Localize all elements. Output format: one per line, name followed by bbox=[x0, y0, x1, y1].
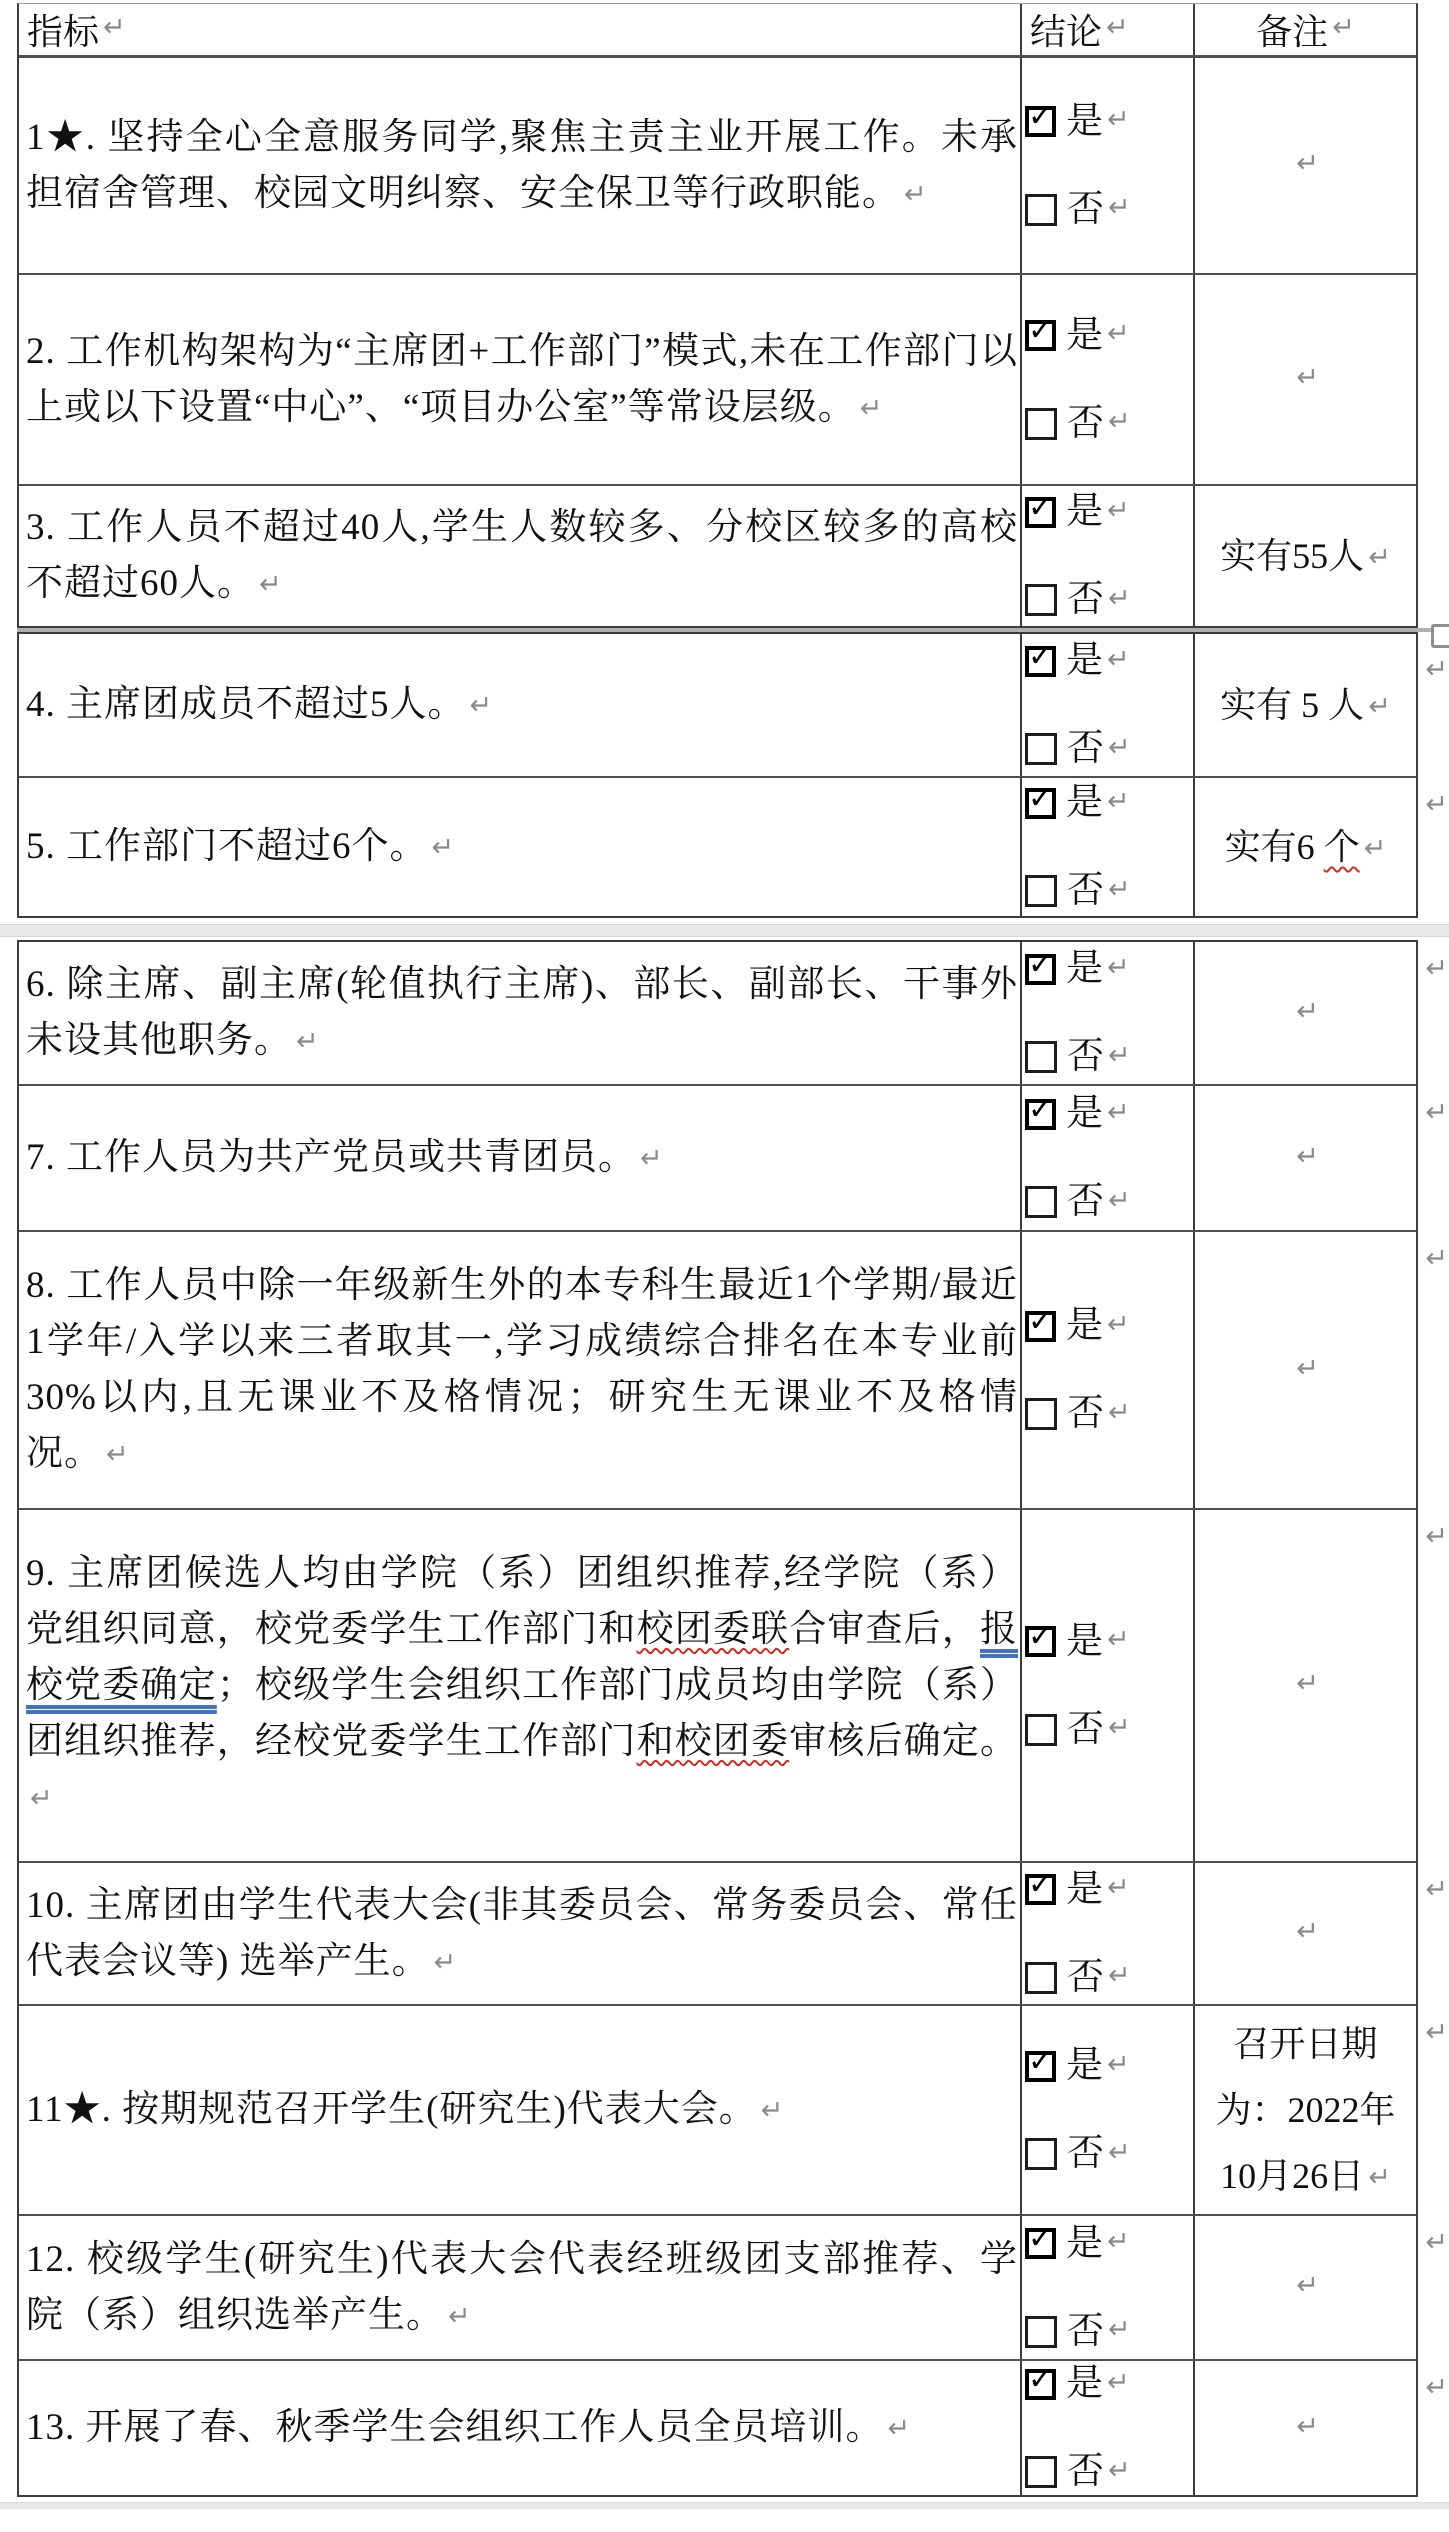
paragraph-mark-icon: ↵ bbox=[103, 14, 126, 41]
yes-label: 是 bbox=[1066, 2364, 1103, 2404]
paragraph-mark-icon: ↵ bbox=[888, 2413, 912, 2444]
yes-label: 是 bbox=[1066, 316, 1103, 356]
yes-option: ✓是↵ bbox=[1025, 1622, 1193, 1662]
checkbox-checked-icon[interactable]: ✓ bbox=[1025, 2051, 1056, 2082]
no-option: 否↵ bbox=[1025, 1182, 1193, 1222]
paragraph-mark-icon: ↵ bbox=[1107, 788, 1130, 815]
yes-label: 是 bbox=[1066, 1306, 1103, 1346]
remark-cell: ↵ bbox=[1195, 1086, 1416, 1230]
no-option: 否↵ bbox=[1025, 404, 1193, 444]
remark-segment: 为：2022年 bbox=[1215, 2090, 1395, 2130]
no-option: 否↵ bbox=[1025, 190, 1193, 230]
checkmark-icon: ✓ bbox=[1028, 1870, 1053, 1900]
paragraph-mark-icon: ↵ bbox=[1296, 998, 1319, 1025]
indicator-segment: 审核后确定。 bbox=[789, 1721, 1018, 1762]
remark-cell: ↵ bbox=[1195, 275, 1416, 484]
paragraph-mark-icon: ↵ bbox=[1108, 876, 1131, 903]
no-label: 否 bbox=[1067, 1710, 1104, 1750]
indicator-cell: 10. 主席团由学生代表大会(非其委员会、常务委员会、常任代表会议等) 选举产生… bbox=[19, 1863, 1022, 2004]
paragraph-mark-icon: ↵ bbox=[1107, 106, 1130, 133]
remark-cell: 实有 5 人↵ bbox=[1195, 634, 1416, 776]
remark-cell: 实有55人↵ bbox=[1195, 486, 1416, 626]
paragraph-mark-icon: ↵ bbox=[860, 393, 884, 424]
indicator-cell: 5. 工作部门不超过6个。↵ bbox=[19, 778, 1022, 916]
yes-label: 是 bbox=[1066, 1094, 1103, 1134]
checkbox-unchecked-icon[interactable] bbox=[1025, 1962, 1057, 1994]
paragraph-mark-icon: ↵ bbox=[1368, 2162, 1391, 2193]
checkmark-icon: ✓ bbox=[1028, 2224, 1053, 2254]
conclusion-cell: ✓是↵否↵ bbox=[1022, 2216, 1195, 2359]
no-option: 否↵ bbox=[1025, 1394, 1193, 1434]
remark-line: 实有6 个↵ bbox=[1199, 814, 1412, 880]
paragraph-mark-icon: ↵ bbox=[1364, 833, 1387, 864]
paragraph-mark-icon: ↵ bbox=[1332, 14, 1355, 41]
conclusion-cell: ✓是↵否↵ bbox=[1022, 58, 1195, 273]
col-header-remark-label: 备注 bbox=[1256, 4, 1328, 55]
yes-label: 是 bbox=[1066, 2046, 1103, 2086]
indicator-segment: 1★. 坚持全心全意服务同学,聚焦主责主业开展工作。未承担宿舍管理、校园文明纠察… bbox=[26, 117, 1018, 214]
checkmark-icon: ✓ bbox=[1028, 784, 1053, 814]
checkmark-icon: ✓ bbox=[1028, 2365, 1053, 2395]
paragraph-mark-icon: ↵ bbox=[1296, 2413, 1319, 2440]
col-header-conclusion: 结论 ↵ bbox=[1022, 4, 1195, 55]
paragraph-mark-icon: ↵ bbox=[1107, 2228, 1130, 2255]
no-option: 否↵ bbox=[1025, 2312, 1193, 2352]
yes-option: ✓是↵ bbox=[1025, 1306, 1193, 1346]
no-option: 否↵ bbox=[1025, 580, 1193, 620]
checkbox-unchecked-icon[interactable] bbox=[1025, 875, 1057, 907]
paragraph-mark-icon: ↵ bbox=[640, 1143, 664, 1174]
paragraph-mark-icon: ↵ bbox=[1107, 2051, 1130, 2078]
indicator-cell: 3. 工作人员不超过40人,学生人数较多、分校区较多的高校不超过60人。↵ bbox=[19, 486, 1022, 626]
paragraph-mark-icon: ↵ bbox=[1368, 542, 1391, 573]
row-end-mark-icon: ↵ bbox=[1425, 656, 1448, 683]
no-label: 否 bbox=[1067, 580, 1104, 620]
paragraph-mark-icon: ↵ bbox=[470, 690, 494, 721]
paragraph-mark-icon: ↵ bbox=[1107, 2369, 1130, 2396]
no-label: 否 bbox=[1067, 1182, 1104, 1222]
conclusion-cell: ✓是↵否↵ bbox=[1022, 2361, 1195, 2495]
table-row-6: 6. 除主席、副主席(轮值执行主席)、部长、副部长、干事外未设其他职务。↵✓是↵… bbox=[19, 942, 1416, 1084]
conclusion-cell: ✓是↵否↵ bbox=[1022, 778, 1195, 916]
yes-label: 是 bbox=[1066, 783, 1103, 823]
paragraph-mark-icon: ↵ bbox=[761, 2095, 785, 2126]
indicator-cell: 12. 校级学生(研究生)代表大会代表经班级团支部推荐、学院（系）组织选举产生。… bbox=[19, 2216, 1022, 2359]
no-option: 否↵ bbox=[1025, 1710, 1193, 1750]
checkbox-checked-icon[interactable]: ✓ bbox=[1025, 1626, 1056, 1657]
remark-cell: ↵ bbox=[1195, 2216, 1416, 2359]
indicator-segment: 7. 工作人员为共产党员或共青团员。 bbox=[26, 1137, 636, 1178]
yes-option: ✓是↵ bbox=[1025, 949, 1193, 989]
remark-cell: ↵ bbox=[1195, 942, 1416, 1084]
remark-cell: 实有6 个↵ bbox=[1195, 778, 1416, 916]
no-label: 否 bbox=[1067, 2312, 1104, 2352]
yes-label: 是 bbox=[1066, 492, 1103, 532]
table-row-9: 9. 主席团候选人均由学院（系）团组织推荐,经学院（系）党组织同意，校党委学生工… bbox=[19, 1508, 1416, 1861]
checkbox-checked-icon[interactable]: ✓ bbox=[1025, 1311, 1056, 1342]
row-end-mark-icon: ↵ bbox=[1425, 1099, 1448, 1126]
indicator-cell: 8. 工作人员中除一年级新生外的本专科生最近1个学期/最近1学年/入学以来三者取… bbox=[19, 1232, 1022, 1508]
paragraph-mark-icon: ↵ bbox=[1296, 1355, 1319, 1382]
remark-line: 实有55人↵ bbox=[1199, 523, 1412, 589]
anchor-icon bbox=[1431, 624, 1449, 648]
checkbox-checked-icon[interactable]: ✓ bbox=[1025, 320, 1056, 351]
indicator-text: 10. 主席团由学生代表大会(非其委员会、常务委员会、常任代表会议等) 选举产生… bbox=[26, 1878, 1018, 1990]
indicator-text: 6. 除主席、副主席(轮值执行主席)、部长、副部长、干事外未设其他职务。↵ bbox=[26, 957, 1018, 1069]
row-end-mark-icon: ↵ bbox=[1425, 2019, 1448, 2046]
remark-text: 实有55人↵ bbox=[1199, 523, 1412, 589]
paragraph-mark-icon: ↵ bbox=[1368, 691, 1391, 722]
paragraph-mark-icon: ↵ bbox=[1108, 734, 1131, 761]
page-break-band bbox=[0, 924, 1449, 937]
indicator-cell: 13. 开展了春、秋季学生会组织工作人员全员培训。↵ bbox=[19, 2361, 1022, 2495]
yes-option: ✓是↵ bbox=[1025, 1094, 1193, 1134]
no-option: 否↵ bbox=[1025, 729, 1193, 769]
indicator-cell: 1★. 坚持全心全意服务同学,聚焦主责主业开展工作。未承担宿舍管理、校园文明纠察… bbox=[19, 58, 1022, 273]
conclusion-cell: ✓是↵否↵ bbox=[1022, 1086, 1195, 1230]
paragraph-mark-icon: ↵ bbox=[1108, 585, 1131, 612]
checkmark-icon: ✓ bbox=[1028, 1095, 1053, 1125]
indicator-text: 12. 校级学生(研究生)代表大会代表经班级团支部推荐、学院（系）组织选举产生。… bbox=[26, 2232, 1018, 2344]
yes-label: 是 bbox=[1066, 1622, 1103, 1662]
no-option: 否↵ bbox=[1025, 871, 1193, 911]
indicator-text: 8. 工作人员中除一年级新生外的本专科生最近1个学期/最近1学年/入学以来三者取… bbox=[26, 1258, 1018, 1482]
table-segment-top: 指标 ↵ 结论 ↵ 备注 ↵ 1★. 坚持全心全意服务同学,聚焦主责主业开展工作… bbox=[17, 3, 1418, 628]
paragraph-mark-icon: ↵ bbox=[1296, 2272, 1319, 2299]
no-option: 否↵ bbox=[1025, 1958, 1193, 1998]
no-label: 否 bbox=[1067, 729, 1104, 769]
checkbox-checked-icon[interactable]: ✓ bbox=[1025, 646, 1056, 677]
paragraph-mark-icon: ↵ bbox=[1107, 320, 1130, 347]
spellcheck-underline: 和校团委 bbox=[637, 1721, 790, 1762]
paragraph-mark-icon: ↵ bbox=[106, 1439, 130, 1470]
table-row-11: 11★. 按期规范召开学生(研究生)代表大会。↵✓是↵否↵召开日期为：2022年… bbox=[19, 2004, 1416, 2214]
row-end-mark-icon: ↵ bbox=[1425, 1245, 1448, 1272]
yes-option: ✓是↵ bbox=[1025, 2224, 1193, 2264]
no-label: 否 bbox=[1067, 1958, 1104, 1998]
paragraph-mark-icon: ↵ bbox=[434, 1947, 458, 1978]
indicator-segment: 8. 工作人员中除一年级新生外的本专科生最近1个学期/最近1学年/入学以来三者取… bbox=[26, 1265, 1018, 1474]
indicator-segment: 3. 工作人员不超过40人,学生人数较多、分校区较多的高校不超过60人。 bbox=[26, 507, 1018, 604]
checkmark-icon: ✓ bbox=[1028, 316, 1053, 346]
indicator-segment: 合审查后， bbox=[789, 1609, 980, 1650]
yes-label: 是 bbox=[1066, 2224, 1103, 2264]
no-label: 否 bbox=[1067, 871, 1104, 911]
yes-option: ✓是↵ bbox=[1025, 2364, 1193, 2404]
checkbox-unchecked-icon[interactable] bbox=[1025, 2316, 1057, 2348]
yes-option: ✓是↵ bbox=[1025, 2046, 1193, 2086]
table-header-row: 指标 ↵ 结论 ↵ 备注 ↵ bbox=[19, 4, 1416, 58]
remark-segment: 召开日期 bbox=[1233, 2024, 1377, 2064]
paragraph-mark-icon: ↵ bbox=[1108, 2139, 1131, 2166]
paragraph-mark-icon: ↵ bbox=[1108, 2316, 1131, 2343]
paragraph-mark-icon: ↵ bbox=[296, 1026, 320, 1057]
paragraph-mark-icon: ↵ bbox=[1108, 194, 1131, 221]
checkbox-checked-icon[interactable]: ✓ bbox=[1025, 1099, 1056, 1130]
spellcheck-underline: 校团委联 bbox=[637, 1609, 790, 1650]
table-rows-bottom: 6. 除主席、副主席(轮值执行主席)、部长、副部长、干事外未设其他职务。↵✓是↵… bbox=[19, 942, 1416, 2495]
yes-option: ✓是↵ bbox=[1025, 641, 1193, 681]
indicator-text: 5. 工作部门不超过6个。↵ bbox=[26, 819, 1018, 875]
table-row-7: 7. 工作人员为共产党员或共青团员。↵✓是↵否↵↵↵ bbox=[19, 1084, 1416, 1230]
remark-segment: 10月26日 bbox=[1220, 2156, 1364, 2196]
paragraph-mark-icon: ↵ bbox=[259, 569, 283, 600]
indicator-cell: 2. 工作机构架构为“主席团+工作部门”模式,未在工作部门以上或以下设置“中心”… bbox=[19, 275, 1022, 484]
remark-segment: 实有55人 bbox=[1220, 536, 1364, 576]
indicator-segment: 12. 校级学生(研究生)代表大会代表经班级团支部推荐、学院（系）组织选举产生。 bbox=[26, 2239, 1018, 2336]
checkbox-unchecked-icon[interactable] bbox=[1025, 1398, 1057, 1430]
paragraph-mark-icon: ↵ bbox=[1108, 408, 1131, 435]
indicator-segment: 10. 主席团由学生代表大会(非其委员会、常务委员会、常任代表会议等) 选举产生… bbox=[26, 1885, 1018, 1982]
paragraph-mark-icon: ↵ bbox=[1108, 1714, 1131, 1741]
conclusion-cell: ✓是↵否↵ bbox=[1022, 1510, 1195, 1861]
checkbox-checked-icon[interactable]: ✓ bbox=[1025, 2369, 1056, 2400]
checkbox-checked-icon[interactable]: ✓ bbox=[1025, 2228, 1056, 2259]
table-row-8: 8. 工作人员中除一年级新生外的本专科生最近1个学期/最近1学年/入学以来三者取… bbox=[19, 1230, 1416, 1508]
indicator-text: 7. 工作人员为共产党员或共青团员。↵ bbox=[26, 1130, 1018, 1186]
table-row-2: 2. 工作机构架构为“主席团+工作部门”模式,未在工作部门以上或以下设置“中心”… bbox=[19, 273, 1416, 484]
row-end-mark-icon: ↵ bbox=[1425, 955, 1448, 982]
remark-line: 为：2022年 bbox=[1199, 2077, 1412, 2143]
row-end-mark-icon: ↵ bbox=[1425, 2229, 1448, 2256]
page-edge-band bbox=[0, 2502, 1449, 2509]
table-row-4: 4. 主席团成员不超过5人。↵✓是↵否↵实有 5 人↵↵ bbox=[19, 634, 1416, 776]
paragraph-mark-icon: ↵ bbox=[1296, 150, 1319, 177]
no-label: 否 bbox=[1067, 1037, 1104, 1077]
paragraph-mark-icon: ↵ bbox=[1296, 1670, 1319, 1697]
indicator-text: 13. 开展了春、秋季学生会组织工作人员全员培训。↵ bbox=[26, 2400, 1018, 2456]
checkmark-icon: ✓ bbox=[1028, 1307, 1053, 1337]
checkbox-unchecked-icon[interactable] bbox=[1025, 733, 1057, 765]
yes-option: ✓是↵ bbox=[1025, 492, 1193, 532]
remark-cell: ↵ bbox=[1195, 58, 1416, 273]
paragraph-mark-icon: ↵ bbox=[1107, 497, 1130, 524]
remark-cell: ↵ bbox=[1195, 2361, 1416, 2495]
conclusion-cell: ✓是↵否↵ bbox=[1022, 634, 1195, 776]
checkbox-unchecked-icon[interactable] bbox=[1025, 2456, 1057, 2488]
conclusion-cell: ✓是↵否↵ bbox=[1022, 486, 1195, 626]
paragraph-mark-icon: ↵ bbox=[432, 832, 456, 863]
checkbox-checked-icon[interactable]: ✓ bbox=[1025, 954, 1056, 985]
paragraph-mark-icon: ↵ bbox=[1108, 1962, 1131, 1989]
remark-cell: ↵ bbox=[1195, 1510, 1416, 1861]
indicator-segment: 6. 除主席、副主席(轮值执行主席)、部长、副部长、干事外未设其他职务。 bbox=[26, 964, 1018, 1061]
row-end-mark-icon: ↵ bbox=[1425, 2374, 1448, 2401]
checkmark-icon: ✓ bbox=[1028, 102, 1053, 132]
table-rows-top: 1★. 坚持全心全意服务同学,聚焦主责主业开展工作。未承担宿舍管理、校园文明纠察… bbox=[19, 58, 1416, 626]
indicator-cell: 9. 主席团候选人均由学院（系）团组织推荐,经学院（系）党组织同意，校党委学生工… bbox=[19, 1510, 1022, 1861]
remark-segment: 实有6 bbox=[1225, 827, 1324, 867]
conclusion-cell: ✓是↵否↵ bbox=[1022, 942, 1195, 1084]
col-header-remark: 备注 ↵ bbox=[1195, 4, 1416, 55]
no-option: 否↵ bbox=[1025, 1037, 1193, 1077]
row-end-mark-icon: ↵ bbox=[1425, 791, 1448, 818]
yes-option: ✓是↵ bbox=[1025, 102, 1193, 142]
conclusion-cell: ✓是↵否↵ bbox=[1022, 1863, 1195, 2004]
no-label: 否 bbox=[1067, 2452, 1104, 2492]
table-row-10: 10. 主席团由学生代表大会(非其委员会、常务委员会、常任代表会议等) 选举产生… bbox=[19, 1861, 1416, 2004]
indicator-text: 9. 主席团候选人均由学院（系）团组织推荐,经学院（系）党组织同意，校党委学生工… bbox=[26, 1546, 1018, 1826]
yes-label: 是 bbox=[1066, 949, 1103, 989]
checkmark-icon: ✓ bbox=[1028, 493, 1053, 523]
spellcheck-underline: 个 bbox=[1324, 827, 1360, 867]
checkbox-unchecked-icon[interactable] bbox=[1025, 2138, 1057, 2170]
indicator-text: 3. 工作人员不超过40人,学生人数较多、分校区较多的高校不超过60人。↵ bbox=[26, 500, 1018, 612]
paragraph-mark-icon: ↵ bbox=[1296, 364, 1319, 391]
remark-line: 召开日期 bbox=[1199, 2011, 1412, 2077]
checkmark-icon: ✓ bbox=[1028, 2047, 1053, 2077]
checkbox-checked-icon[interactable]: ✓ bbox=[1025, 106, 1056, 137]
checkbox-checked-icon[interactable]: ✓ bbox=[1025, 1874, 1056, 1905]
paragraph-mark-icon: ↵ bbox=[1107, 1626, 1130, 1653]
no-label: 否 bbox=[1067, 2134, 1104, 2174]
checkmark-icon: ✓ bbox=[1028, 950, 1053, 980]
checkbox-checked-icon[interactable]: ✓ bbox=[1025, 788, 1056, 819]
remark-cell: 召开日期为：2022年10月26日↵ bbox=[1195, 2006, 1416, 2214]
indicator-cell: 7. 工作人员为共产党员或共青团员。↵ bbox=[19, 1086, 1022, 1230]
yes-option: ✓是↵ bbox=[1025, 1870, 1193, 1910]
remark-segment: 实有 5 人 bbox=[1220, 685, 1364, 725]
table-row-3: 3. 工作人员不超过40人,学生人数较多、分校区较多的高校不超过60人。↵✓是↵… bbox=[19, 484, 1416, 626]
paragraph-mark-icon: ↵ bbox=[1108, 1042, 1131, 1069]
checkbox-unchecked-icon[interactable] bbox=[1025, 1186, 1057, 1218]
indicator-text: 11★. 按期规范召开学生(研究生)代表大会。↵ bbox=[26, 2082, 1018, 2138]
checkbox-unchecked-icon[interactable] bbox=[1025, 584, 1057, 616]
no-option: 否↵ bbox=[1025, 2134, 1193, 2174]
paragraph-mark-icon: ↵ bbox=[1108, 1187, 1131, 1214]
paragraph-mark-icon: ↵ bbox=[1107, 1311, 1130, 1338]
indicator-cell: 6. 除主席、副主席(轮值执行主席)、部长、副部长、干事外未设其他职务。↵ bbox=[19, 942, 1022, 1084]
yes-label: 是 bbox=[1066, 641, 1103, 681]
paragraph-mark-icon: ↵ bbox=[1107, 646, 1130, 673]
paragraph-mark-icon: ↵ bbox=[1296, 1143, 1319, 1170]
indicator-text: 1★. 坚持全心全意服务同学,聚焦主责主业开展工作。未承担宿舍管理、校园文明纠察… bbox=[26, 110, 1018, 222]
checkbox-unchecked-icon[interactable] bbox=[1025, 1041, 1057, 1073]
table-rows-middle: 4. 主席团成员不超过5人。↵✓是↵否↵实有 5 人↵↵5. 工作部门不超过6个… bbox=[19, 634, 1416, 916]
checkbox-checked-icon[interactable]: ✓ bbox=[1025, 497, 1056, 528]
yes-label: 是 bbox=[1066, 1870, 1103, 1910]
paragraph-mark-icon: ↵ bbox=[1107, 954, 1130, 981]
paragraph-mark-icon: ↵ bbox=[1296, 1918, 1319, 1945]
checkmark-icon: ✓ bbox=[1028, 1622, 1053, 1652]
paragraph-mark-icon: ↵ bbox=[1108, 1399, 1131, 1426]
paragraph-mark-icon: ↵ bbox=[1107, 1099, 1130, 1126]
table-row-12: 12. 校级学生(研究生)代表大会代表经班级团支部推荐、学院（系）组织选举产生。… bbox=[19, 2214, 1416, 2359]
table-segment-bottom: 6. 除主席、副主席(轮值执行主席)、部长、副部长、干事外未设其他职务。↵✓是↵… bbox=[17, 940, 1418, 2497]
no-label: 否 bbox=[1067, 404, 1104, 444]
paragraph-mark-icon: ↵ bbox=[448, 2301, 472, 2332]
paragraph-mark-icon: ↵ bbox=[1106, 14, 1129, 41]
checkbox-unchecked-icon[interactable] bbox=[1025, 1714, 1057, 1746]
col-header-conclusion-label: 结论 bbox=[1030, 4, 1102, 55]
yes-option: ✓是↵ bbox=[1025, 316, 1193, 356]
remark-cell: ↵ bbox=[1195, 1232, 1416, 1508]
col-header-indicator: 指标 ↵ bbox=[19, 4, 1022, 55]
paragraph-mark-icon: ↵ bbox=[1108, 2457, 1131, 2484]
remark-text: 实有6 个↵ bbox=[1199, 814, 1412, 880]
remark-line: 10月26日↵ bbox=[1199, 2143, 1412, 2209]
row-end-mark-icon: ↵ bbox=[1425, 1876, 1448, 1903]
remark-cell: ↵ bbox=[1195, 1863, 1416, 2004]
indicator-text: 2. 工作机构架构为“主席团+工作部门”模式,未在工作部门以上或以下设置“中心”… bbox=[26, 324, 1018, 436]
table-row-1: 1★. 坚持全心全意服务同学,聚焦主责主业开展工作。未承担宿舍管理、校园文明纠察… bbox=[19, 58, 1416, 273]
table-row-5: 5. 工作部门不超过6个。↵✓是↵否↵实有6 个↵↵ bbox=[19, 776, 1416, 916]
yes-option: ✓是↵ bbox=[1025, 783, 1193, 823]
table-segment-middle: 4. 主席团成员不超过5人。↵✓是↵否↵实有 5 人↵↵5. 工作部门不超过6个… bbox=[17, 632, 1418, 918]
conclusion-cell: ✓是↵否↵ bbox=[1022, 2006, 1195, 2214]
no-option: 否↵ bbox=[1025, 2452, 1193, 2492]
checkmark-icon: ✓ bbox=[1028, 642, 1053, 672]
yes-label: 是 bbox=[1066, 102, 1103, 142]
checkbox-unchecked-icon[interactable] bbox=[1025, 408, 1057, 440]
indicator-text: 4. 主席团成员不超过5人。↵ bbox=[26, 677, 1018, 733]
paragraph-mark-icon: ↵ bbox=[30, 1783, 54, 1814]
indicator-segment: 5. 工作部门不超过6个。 bbox=[26, 826, 428, 867]
remark-text: 召开日期为：2022年10月26日↵ bbox=[1199, 2011, 1412, 2209]
indicator-segment: 13. 开展了春、秋季学生会组织工作人员全员培训。 bbox=[26, 2407, 884, 2448]
remark-text: 实有 5 人↵ bbox=[1199, 672, 1412, 738]
conclusion-cell: ✓是↵否↵ bbox=[1022, 1232, 1195, 1508]
remark-line: 实有 5 人↵ bbox=[1199, 672, 1412, 738]
conclusion-cell: ✓是↵否↵ bbox=[1022, 275, 1195, 484]
paragraph-mark-icon: ↵ bbox=[904, 179, 928, 210]
col-header-indicator-label: 指标 bbox=[27, 4, 99, 55]
table-row-13: 13. 开展了春、秋季学生会组织工作人员全员培训。↵✓是↵否↵↵↵ bbox=[19, 2359, 1416, 2495]
row-end-mark-icon: ↵ bbox=[1425, 1523, 1448, 1550]
no-label: 否 bbox=[1067, 190, 1104, 230]
document-page: 指标 ↵ 结论 ↵ 备注 ↵ 1★. 坚持全心全意服务同学,聚焦主责主业开展工作… bbox=[0, 0, 1449, 2532]
indicator-cell: 4. 主席团成员不超过5人。↵ bbox=[19, 634, 1022, 776]
paragraph-mark-icon: ↵ bbox=[1107, 1874, 1130, 1901]
indicator-segment: 11★. 按期规范召开学生(研究生)代表大会。 bbox=[26, 2089, 757, 2130]
indicator-segment: 4. 主席团成员不超过5人。 bbox=[26, 684, 466, 725]
no-label: 否 bbox=[1067, 1394, 1104, 1434]
indicator-cell: 11★. 按期规范召开学生(研究生)代表大会。↵ bbox=[19, 2006, 1022, 2214]
checkbox-unchecked-icon[interactable] bbox=[1025, 194, 1057, 226]
